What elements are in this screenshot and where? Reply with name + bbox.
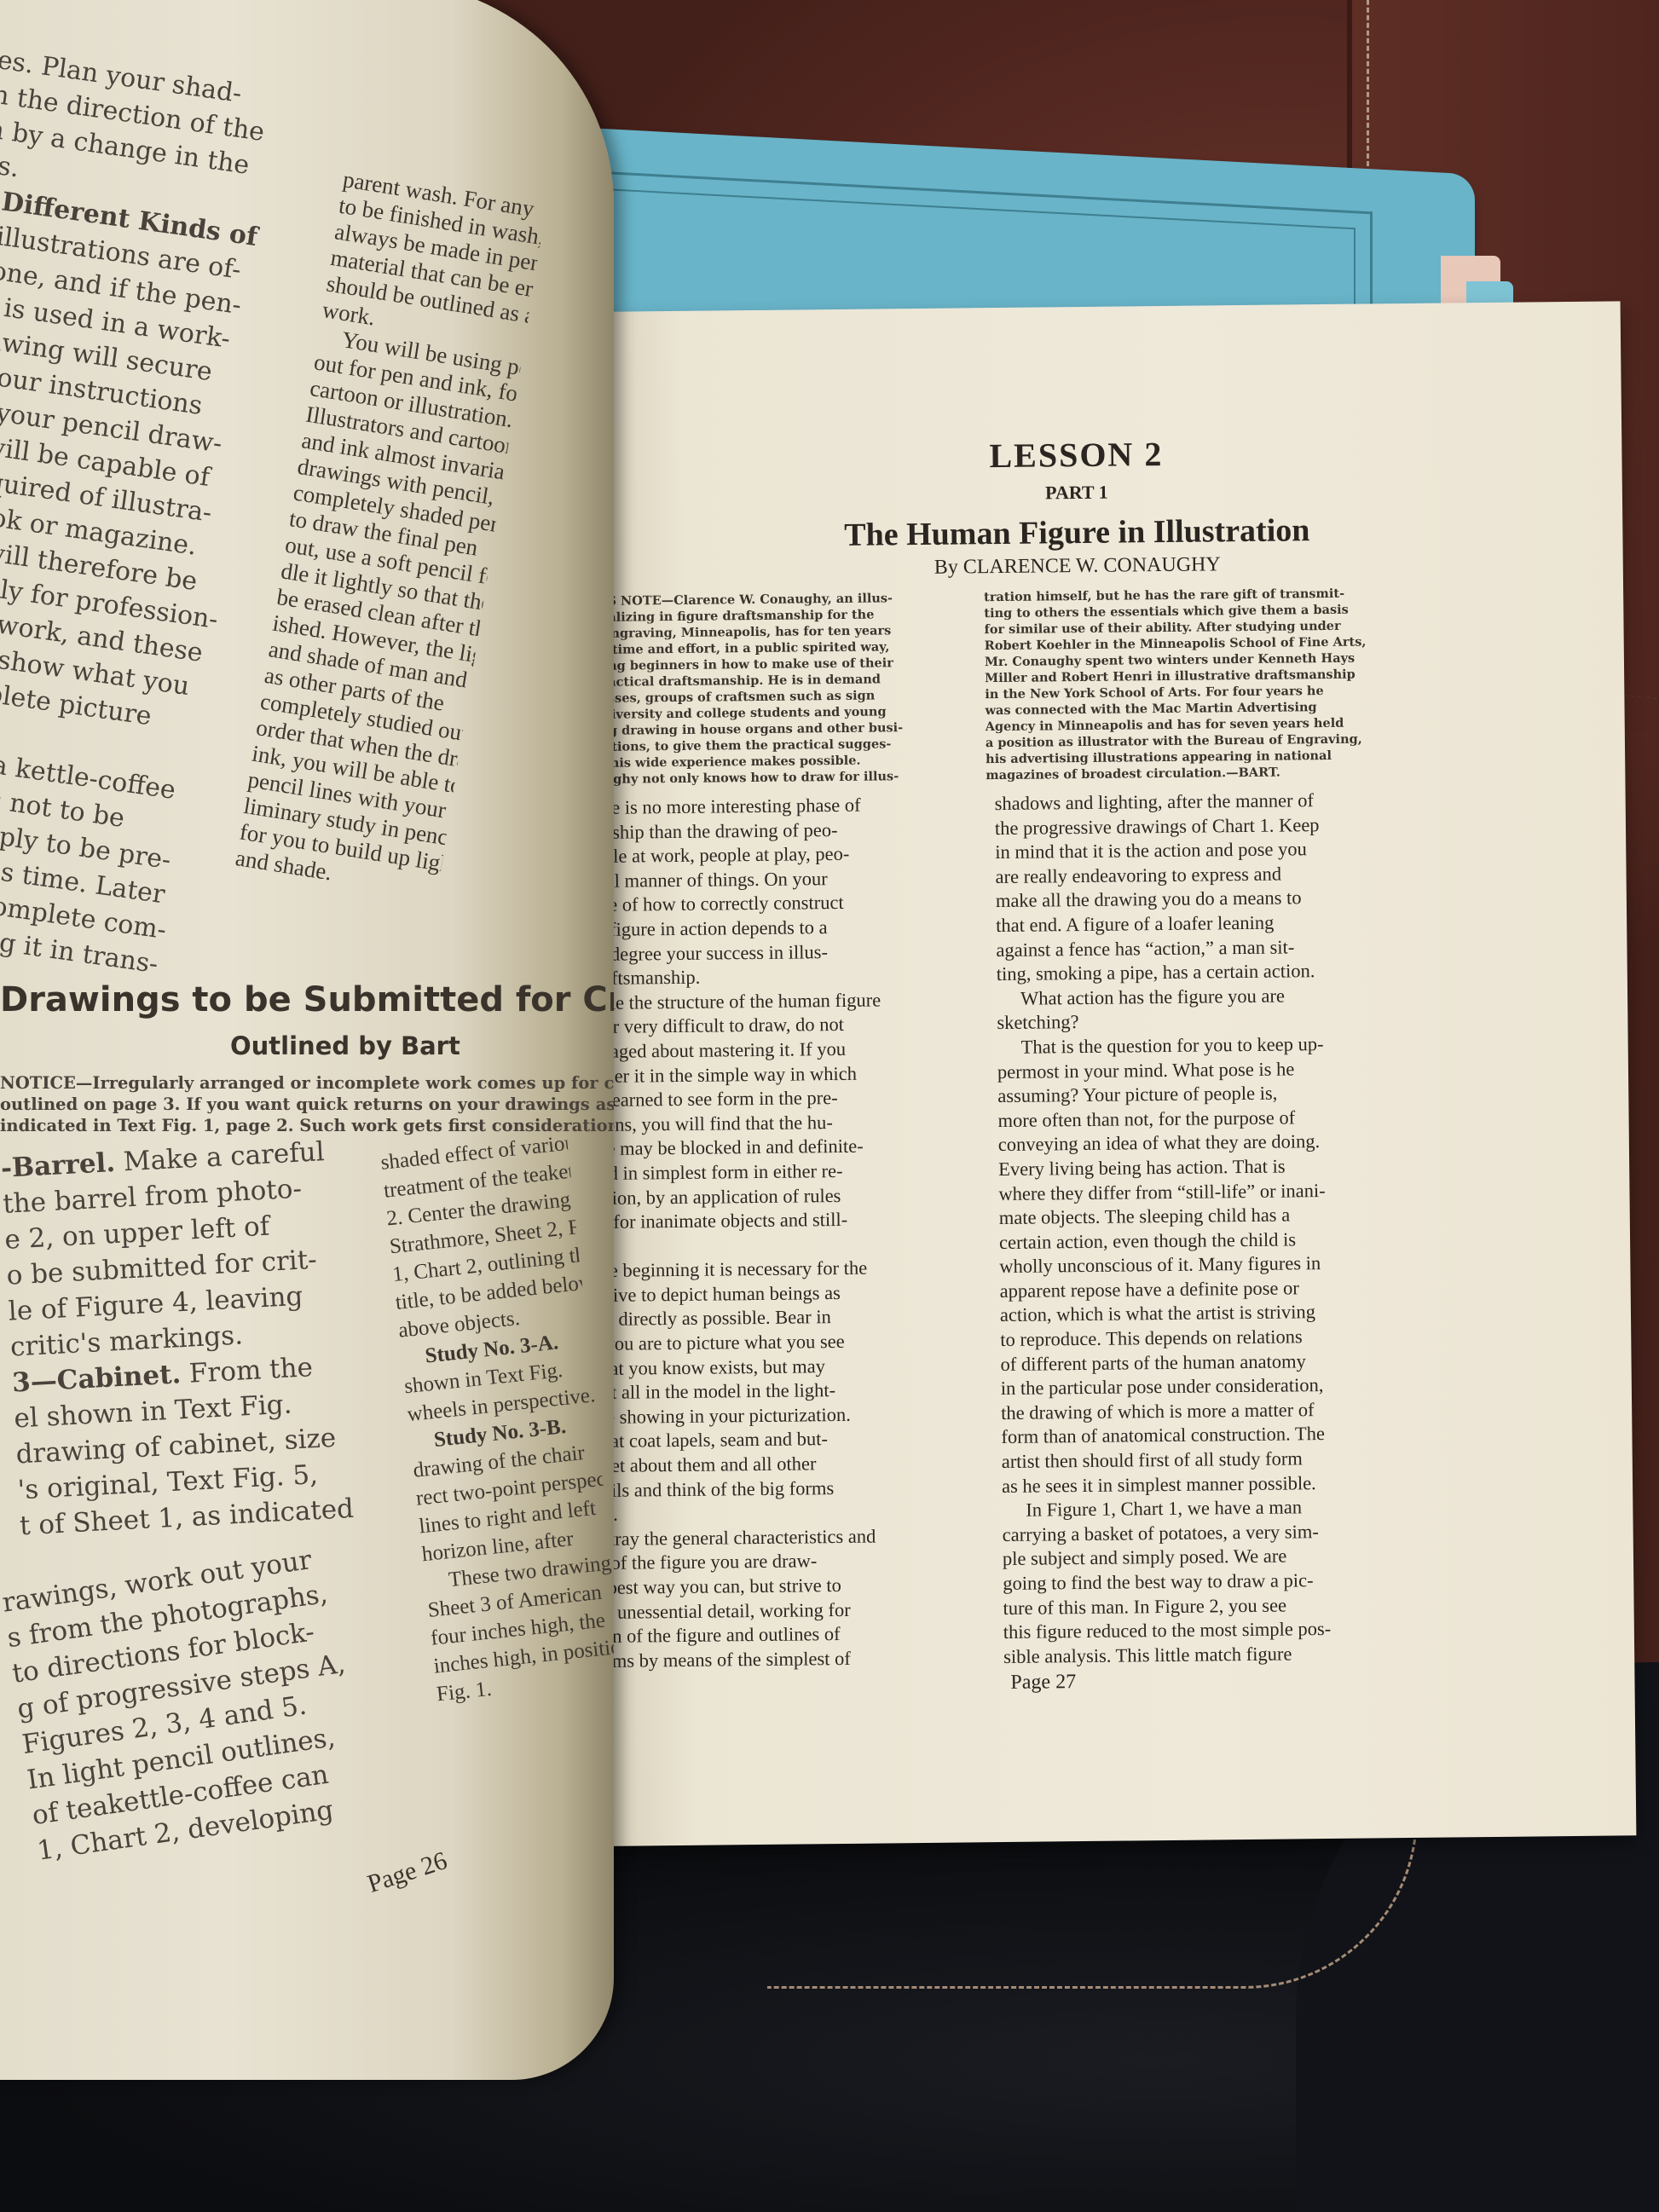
editors-note-right: tration himself, but he has the rare gif… bbox=[984, 585, 1395, 783]
section-heading: Drawings to be Submitted for Criticism bbox=[0, 980, 614, 1019]
body-column-left: There is no more interesting phase ofaft… bbox=[552, 792, 1004, 1674]
notice-paragraph: NOTICE—Irregularly arranged or incomplet… bbox=[0, 1072, 614, 1136]
text-line: sible analysis. This little match figure bbox=[1003, 1640, 1464, 1669]
section-subheading: Outlined by Bart bbox=[230, 1031, 460, 1060]
left-column-4: shaded effect of varioustreatment of the… bbox=[379, 1129, 614, 1708]
lesson-header: LESSON 2 PART 1 The Human Figure in Illu… bbox=[530, 429, 1623, 583]
article-title: The Human Figure in Illustration bbox=[531, 508, 1622, 557]
left-column-3-bottom: rawings, work out yours from the photogr… bbox=[0, 1533, 411, 1869]
text-line: big forms by means of the simplest of bbox=[560, 1645, 1003, 1674]
text-line: outlined on page 3. If you want quick re… bbox=[0, 1094, 614, 1115]
page-number: Page 27 bbox=[1010, 1671, 1076, 1695]
page-number-left: Page 26 bbox=[364, 1846, 451, 1899]
body-column-right: shadows and lighting, after the manner o… bbox=[995, 787, 1465, 1669]
run-in-heading: 3—Cabinet. bbox=[11, 1359, 182, 1398]
left-column-3: -Barrel. Make a carefulthe barrel from p… bbox=[0, 1132, 379, 1544]
run-in-heading: -Barrel. bbox=[0, 1147, 116, 1184]
line-text: From the bbox=[180, 1352, 314, 1389]
lesson-part: PART 1 bbox=[531, 476, 1622, 509]
left-page[interactable]: es. Plan your shad-n the direction of th… bbox=[0, 0, 614, 2080]
text-line: magazines of broadest circulation.—BART. bbox=[986, 763, 1395, 783]
text-line: Ir. Conaughy not only knows how to draw … bbox=[549, 767, 980, 788]
text-line: NOTICE—Irregularly arranged or incomplet… bbox=[0, 1072, 614, 1094]
right-page[interactable]: LESSON 2 PART 1 The Human Figure in Illu… bbox=[529, 301, 1637, 1846]
lesson-title: LESSON 2 bbox=[530, 429, 1621, 480]
text-line: indicated in Text Fig. 1, page 2. Such w… bbox=[0, 1115, 614, 1136]
